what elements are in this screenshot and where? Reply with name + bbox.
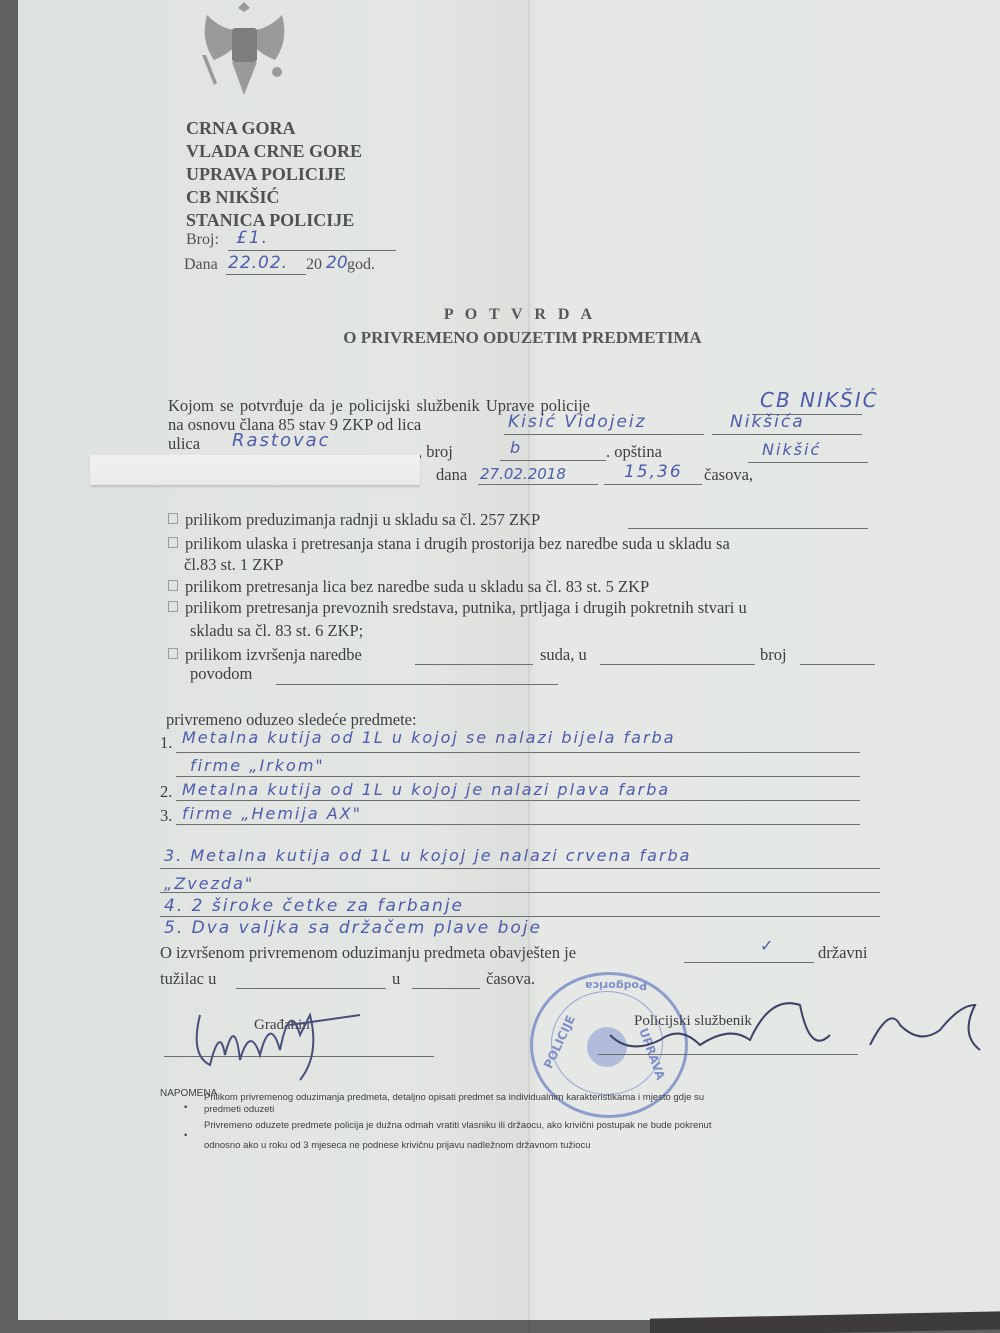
note-bullet: •	[184, 1130, 187, 1141]
item-line	[160, 916, 880, 917]
note-text: Privremeno oduzete predmete policija je …	[204, 1120, 711, 1131]
item-line	[176, 776, 860, 777]
issuer-header: CRNA GORA VLADA CRNE GORE UPRAVA POLICIJ…	[186, 117, 362, 232]
checkbox-label-cont: čl.83 st. 1 ZKP	[184, 555, 283, 575]
header-line: CB NIKŠIĆ	[186, 186, 362, 209]
item-line	[160, 892, 880, 893]
checkbox-1-line	[628, 528, 868, 529]
checkbox-item[interactable]: prilikom izvršenja naredbe	[168, 645, 362, 665]
suda-line	[600, 664, 755, 665]
ulica-value: Rastovac	[232, 430, 331, 451]
casova-label-2: časova.	[486, 969, 535, 989]
broj-field-value: b	[510, 438, 522, 457]
item-text-cont: firme „Irkom"	[190, 756, 325, 775]
tuzilac-label: tužilac u	[160, 969, 216, 989]
checkbox-icon[interactable]	[168, 513, 178, 524]
opstina-value: Nikšić	[762, 440, 821, 459]
broj-label-2: broj	[760, 645, 787, 665]
item-line	[176, 752, 860, 753]
header-line: STANICA POLICIJE	[186, 209, 362, 232]
note-text-cont: predmeti oduzeti	[204, 1104, 274, 1115]
checkbox-label: prilikom ulaska i pretresanja stana i dr…	[185, 534, 730, 553]
items-heading: privremeno oduzeo sledeće predmete:	[166, 710, 417, 730]
ulica-label: ulica	[168, 434, 200, 454]
item-number: 3.	[160, 806, 172, 826]
redacted-area	[90, 455, 420, 485]
povodom-label: povodom	[190, 664, 252, 684]
item-line	[160, 868, 880, 869]
checkbox-item[interactable]: prilikom ulaska i pretresanja stana i dr…	[168, 534, 730, 554]
time-value: 15,36	[624, 462, 683, 482]
checkbox-item[interactable]: prilikom pretresanja prevoznih sredstava…	[168, 598, 747, 618]
note-bullet: •	[184, 1102, 187, 1113]
item-line	[176, 824, 860, 825]
notification-line-1: O izvršenom privremenom oduzimanju predm…	[160, 943, 576, 963]
police-unit-value: CB NIKŠIĆ	[760, 388, 879, 412]
dana-field-line	[478, 484, 598, 485]
item-number: 1.	[160, 733, 172, 753]
coat-of-arms-icon	[192, 0, 297, 100]
broj-field-label: , broj	[418, 442, 453, 462]
tuzilac-line	[236, 988, 386, 989]
opstina-line	[748, 462, 868, 463]
povodom-line	[276, 684, 558, 685]
header-line: UPRAVA POLICIJE	[186, 163, 362, 186]
officer-signature	[600, 985, 990, 1065]
year-value: 20	[326, 253, 348, 273]
citizen-signature	[180, 995, 380, 1085]
time-line	[604, 484, 702, 485]
item-number: 2.	[160, 782, 172, 802]
note-text-cont: odnosno ako u roku od 3 mjeseca ne podne…	[204, 1140, 591, 1151]
item-text: 4. 2 široke četke za farbanje	[164, 896, 464, 916]
dana-field-value: 27.02.2018	[480, 465, 566, 483]
person-name-value: Kisić Vidojeiz	[508, 412, 647, 432]
dana-line	[226, 274, 306, 275]
note-text: Prilikom privremenog oduzimanja predmeta…	[204, 1092, 704, 1103]
suda-label: suda, u	[540, 645, 587, 665]
checkbox-icon[interactable]	[168, 580, 178, 591]
person-city-line	[712, 434, 862, 435]
god-suffix: god.	[347, 256, 375, 274]
u-label: u	[392, 969, 400, 989]
item-text-body: Metalna kutija od 1L u kojoj je nalazi c…	[190, 846, 691, 865]
notified-check-icon: ✓	[760, 936, 775, 955]
item-number: 4.	[164, 896, 184, 916]
checkbox-label: prilikom pretresanja lica bez naredbe su…	[185, 577, 649, 596]
checkbox-item[interactable]: prilikom preduzimanja radnji u skladu sa…	[168, 510, 540, 530]
paper-fold	[528, 0, 530, 1333]
broj-value: £1.	[236, 228, 269, 248]
dana-label: Dana	[184, 256, 218, 274]
item-text-body: 2 široke četke za farbanje	[192, 896, 464, 916]
dana-value: 22.02.	[228, 253, 288, 273]
dana-field-label: dana	[436, 465, 467, 485]
item-text: Metalna kutija od 1L u kojoj je nalazi p…	[182, 780, 670, 799]
opstina-label: . opština	[606, 442, 662, 462]
checkbox-icon[interactable]	[168, 537, 178, 548]
document-subtitle: O PRIVREMENO ODUZETIM PREDMETIMA	[0, 328, 1000, 348]
checkbox-icon[interactable]	[168, 601, 178, 612]
broj-field-line	[500, 460, 606, 461]
item-text-cont: „Zvezda"	[164, 874, 254, 893]
checkbox-label: prilikom pretresanja prevoznih sredstava…	[185, 598, 747, 617]
item-text-body: Dva valjka sa držačem plave boje	[192, 918, 542, 938]
item-text: 5. Dva valjka sa držačem plave boje	[164, 918, 542, 938]
person-name-line	[504, 434, 704, 435]
item-text-cont: firme „Hemija AX"	[182, 804, 362, 823]
broj-line	[228, 250, 396, 251]
checkbox-icon[interactable]	[168, 648, 178, 659]
checkbox-label: prilikom izvršenja naredbe	[185, 645, 362, 664]
person-city-value: Nikšića	[730, 412, 805, 432]
document-title: P O T V R D A	[0, 306, 1000, 324]
checkbox-label: prilikom preduzimanja radnji u skladu sa…	[185, 510, 540, 529]
header-line: VLADA CRNE GORE	[186, 140, 362, 163]
item-number: 3.	[164, 846, 183, 865]
casova-label: časova,	[704, 465, 753, 485]
year-prefix: 20	[306, 256, 322, 274]
broj-label: Broj:	[186, 231, 219, 249]
checkbox-label-cont: skladu sa čl. 83 st. 6 ZKP;	[190, 621, 363, 641]
item-text: 3. Metalna kutija od 1L u kojoj je nalaz…	[164, 846, 691, 865]
notified-line	[684, 962, 814, 963]
notification-suffix: državni	[818, 943, 867, 963]
broj-line-2	[800, 664, 875, 665]
naredba-line	[415, 664, 533, 665]
checkbox-item[interactable]: prilikom pretresanja lica bez naredbe su…	[168, 577, 649, 597]
time-line-2	[412, 988, 480, 989]
item-number: 5.	[164, 918, 184, 938]
item-line	[176, 800, 860, 801]
item-text: Metalna kutija od 1L u kojoj se nalazi b…	[182, 728, 676, 747]
header-line: CRNA GORA	[186, 117, 362, 140]
